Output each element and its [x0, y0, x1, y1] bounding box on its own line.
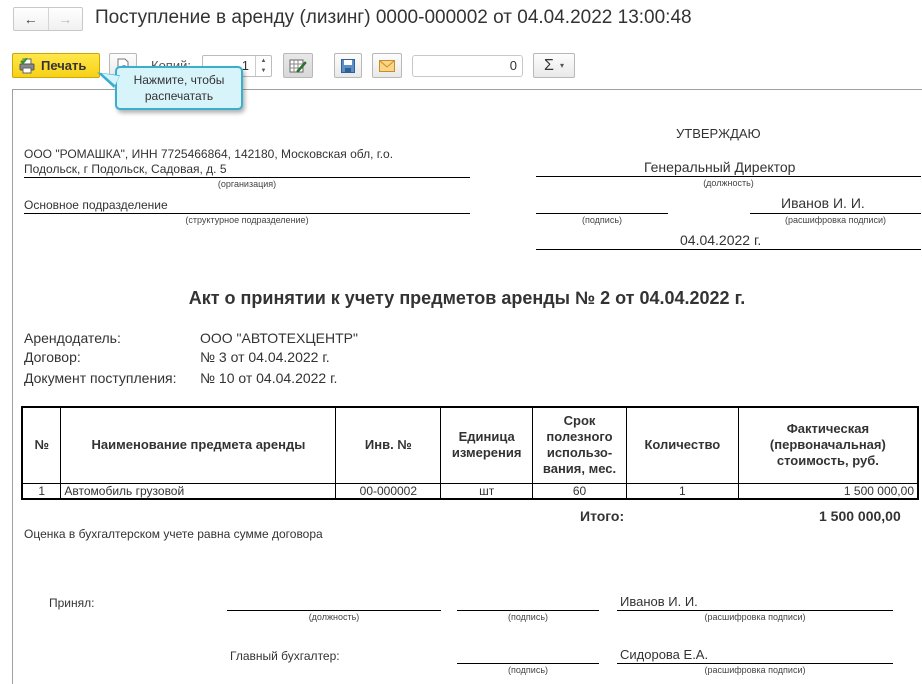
accepted-signature-caption: (подпись)	[457, 612, 599, 622]
date-underline	[536, 249, 921, 250]
navigation-buttons: ← →	[13, 7, 83, 31]
print-tooltip: Нажмите, чтобы распечатать	[115, 66, 243, 110]
sum-icon: Σ	[544, 57, 554, 75]
total-label: Итого:	[580, 508, 624, 524]
lease-items-table: № Наименование предмета аренды Инв. № Ед…	[21, 406, 919, 500]
detail-label-lessor: Арендодатель:	[24, 330, 121, 346]
print-label: Печать	[41, 58, 86, 73]
email-button[interactable]	[372, 53, 402, 78]
table-header-row: № Наименование предмета аренды Инв. № Ед…	[22, 407, 918, 483]
chief-name: Сидорова Е.А.	[620, 647, 708, 662]
position-caption: (должность)	[536, 178, 921, 188]
col-header-cost: Фактическая (первоначальная) стоимость, …	[738, 407, 918, 483]
accepted-name-underline	[617, 610, 893, 611]
cell-unit: шт	[441, 483, 533, 499]
tooltip-line-2: распечатать	[117, 88, 241, 104]
act-heading: Акт о принятии к учету предметов аренды …	[13, 288, 921, 309]
col-header-unit: Единица измерения	[441, 407, 533, 483]
approve-heading: УТВЕРЖДАЮ	[676, 126, 761, 141]
col-header-quantity: Количество	[626, 407, 738, 483]
cell-cost: 1 500 000,00	[738, 483, 918, 499]
detail-label-receipt: Документ поступления:	[24, 370, 177, 386]
department-caption: (структурное подразделение)	[24, 215, 470, 225]
approve-date: 04.04.2022 г.	[680, 232, 761, 248]
accepted-signature-underline	[457, 610, 599, 611]
arrow-right-icon: →	[58, 11, 72, 27]
copies-stepper[interactable]: ▲▼	[255, 56, 271, 76]
col-header-useful-life: Срок полезного использо-вания, мес.	[533, 407, 627, 483]
chief-accountant-label: Главный бухгалтер:	[230, 649, 340, 663]
approver-position: Генеральный Директор	[644, 159, 795, 175]
department: Основное подразделение	[24, 198, 168, 212]
chief-name-caption: (расшифровка подписи)	[617, 665, 893, 675]
cell-number: 1	[22, 483, 61, 499]
signer-underline	[750, 213, 921, 214]
detail-value-lessor: ООО "АВТОТЕХЦЕНТР"	[200, 330, 358, 346]
col-header-inventory: Инв. №	[336, 407, 441, 483]
document-preview[interactable]: ООО "РОМАШКА", ИНН 7725466864, 142180, М…	[12, 89, 922, 684]
organization-line-2: Подольск, г Подольск, Садовая, д. 5	[24, 162, 227, 176]
edit-table-icon	[289, 58, 307, 74]
total-value: 1 500 000,00	[819, 508, 901, 524]
signer-caption: (расшифровка подписи)	[750, 215, 921, 225]
cell-inventory: 00-000002	[336, 483, 441, 499]
department-underline	[24, 213, 470, 214]
accepted-name: Иванов И. И.	[620, 594, 698, 609]
chief-signature-underline	[457, 663, 599, 664]
detail-value-receipt: № 10 от 04.04.2022 г.	[200, 370, 337, 386]
table-row: 1 Автомобиль грузовой 00-000002 шт 60 1 …	[22, 483, 918, 499]
accepted-position-caption: (должность)	[227, 612, 441, 622]
cell-name: Автомобиль грузовой	[61, 483, 336, 499]
cell-quantity: 1	[626, 483, 738, 499]
signature-underline	[536, 213, 668, 214]
cell-useful-life: 60	[533, 483, 627, 499]
chevron-down-icon: ▾	[560, 61, 564, 70]
edit-mode-button[interactable]	[283, 53, 313, 78]
sum-field[interactable]: 0	[412, 55, 523, 77]
save-icon	[341, 59, 355, 73]
save-button[interactable]	[334, 53, 362, 78]
sum-button[interactable]: Σ ▾	[533, 53, 575, 78]
back-button[interactable]: ←	[14, 8, 48, 30]
window-title: Поступление в аренду (лизинг) 0000-00000…	[95, 7, 692, 29]
forward-button[interactable]: →	[48, 8, 83, 30]
tooltip-line-1: Нажмите, чтобы	[117, 72, 241, 88]
accounting-note: Оценка в бухгалтерском учете равна сумме…	[24, 527, 323, 541]
print-button[interactable]: Печать	[12, 53, 100, 78]
accepted-label: Принял:	[49, 596, 94, 610]
signer-name: Иванов И. И.	[781, 195, 865, 211]
position-underline	[536, 176, 921, 177]
signature-caption: (подпись)	[536, 215, 668, 225]
mail-icon	[379, 60, 395, 72]
printer-icon	[19, 58, 35, 74]
chief-signature-caption: (подпись)	[457, 665, 599, 675]
arrow-left-icon: ←	[24, 11, 38, 27]
organization-line-1: ООО "РОМАШКА", ИНН 7725466864, 142180, М…	[24, 147, 393, 161]
col-header-name: Наименование предмета аренды	[61, 407, 336, 483]
accepted-name-caption: (расшифровка подписи)	[617, 612, 893, 622]
organization-underline	[24, 177, 470, 178]
col-header-number: №	[22, 407, 61, 483]
organization-caption: (организация)	[24, 179, 470, 189]
chief-name-underline	[617, 663, 893, 664]
detail-label-contract: Договор:	[24, 349, 81, 365]
accepted-position-underline	[227, 610, 441, 611]
detail-value-contract: № 3 от 04.04.2022 г.	[200, 349, 330, 365]
